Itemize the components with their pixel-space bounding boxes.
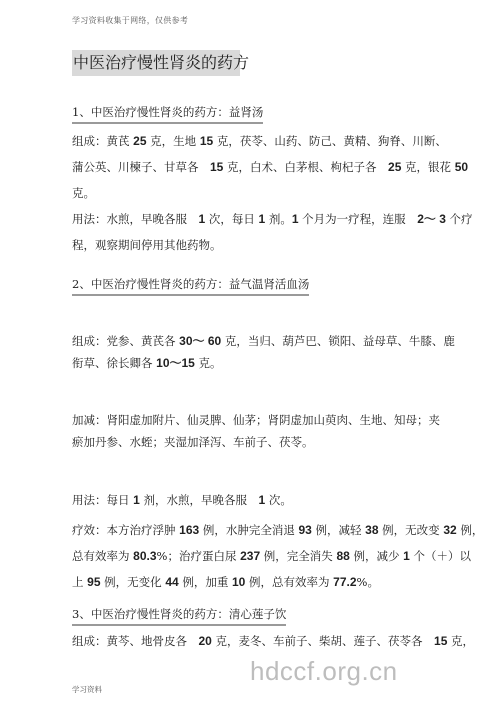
composition-line: 蒲公英、川楝子、甘草各 15 克，白术、白茅根、枸杞子各 25 克，银花 50 bbox=[72, 154, 462, 180]
composition-line: 组成：黄芩、地骨皮各 20 克，麦冬、车前子、柴胡、莲子、茯苓各 15 克， bbox=[72, 628, 462, 654]
section-2-usage: 用法：每日 1 剂，水煎，早晚各服 1 次。 bbox=[72, 487, 462, 513]
composition-line: 组成：黄芪 25 克，生地 15 克，茯苓、山药、防己、黄精、狗脊、川断、 bbox=[72, 128, 462, 154]
modification-line: 加减：肾阳虚加附片、仙灵脾、仙茅；肾阴虚加山萸肉、生地、知母；夹 bbox=[72, 409, 462, 431]
section-1-usage: 用法：水煎，早晚各服 1 次，每日 1 剂。1 个月为一疗程，连服 2～ 3 个… bbox=[72, 206, 462, 258]
footer-note: 学习资料 bbox=[72, 684, 102, 695]
usage-line: 用法：每日 1 剂，水煎，早晚各服 1 次。 bbox=[72, 487, 462, 513]
watermark: hdccf.org.cn bbox=[250, 656, 398, 687]
section-2-modification: 加减：肾阳虚加附片、仙灵脾、仙茅；肾阴虚加山萸肉、生地、知母；夹 瘀加丹参、水蛭… bbox=[72, 409, 462, 453]
section-2-composition: 组成：党参、黄芪各 30～ 60 克，当归、葫芦巴、锁阳、益母草、牛膝、鹿 衔草… bbox=[72, 330, 462, 374]
document-title: 中医治疗慢性肾炎的药方 bbox=[72, 50, 240, 76]
composition-line: 衔草、徐长卿各 10～15 克。 bbox=[72, 352, 462, 374]
efficacy-line: 总有效率为 80.3%；治疗蛋白尿 237 例，完全消失 88 例，减少 1 个… bbox=[72, 543, 462, 569]
efficacy-line: 上 95 例，无变化 44 例，加重 10 例，总有效率为 77.2%。 bbox=[72, 569, 462, 595]
composition-line: 组成：党参、黄芪各 30～ 60 克，当归、葫芦巴、锁阳、益母草、牛膝、鹿 bbox=[72, 330, 462, 352]
efficacy-line: 疗效：本方治疗浮肿 163 例，水肿完全消退 93 例，减轻 38 例，无改变 … bbox=[72, 517, 462, 543]
modification-line: 瘀加丹参、水蛭；夹湿加泽泻、车前子、茯苓。 bbox=[72, 431, 462, 453]
section-2-efficacy: 疗效：本方治疗浮肿 163 例，水肿完全消退 93 例，减轻 38 例，无改变 … bbox=[72, 517, 462, 595]
header-note: 学习资料收集于网络，仅供参考 bbox=[72, 15, 188, 26]
section-2-heading: 2、中医治疗慢性肾炎的药方：益气温肾活血汤 bbox=[72, 276, 309, 296]
section-3-composition: 组成：黄芩、地骨皮各 20 克，麦冬、车前子、柴胡、莲子、茯苓各 15 克， bbox=[72, 628, 462, 654]
usage-line: 程，观察期间停用其他药物。 bbox=[72, 232, 462, 258]
usage-line: 用法：水煎，早晚各服 1 次，每日 1 剂。1 个月为一疗程，连服 2～ 3 个… bbox=[72, 206, 462, 232]
section-1-heading: 1、中医治疗慢性肾炎的药方：益肾汤 bbox=[72, 104, 263, 124]
section-3-heading: 3、中医治疗慢性肾炎的药方：清心莲子饮 bbox=[72, 606, 286, 626]
section-1-composition: 组成：黄芪 25 克，生地 15 克，茯苓、山药、防己、黄精、狗脊、川断、 蒲公… bbox=[72, 128, 462, 206]
composition-line: 克。 bbox=[72, 180, 462, 206]
